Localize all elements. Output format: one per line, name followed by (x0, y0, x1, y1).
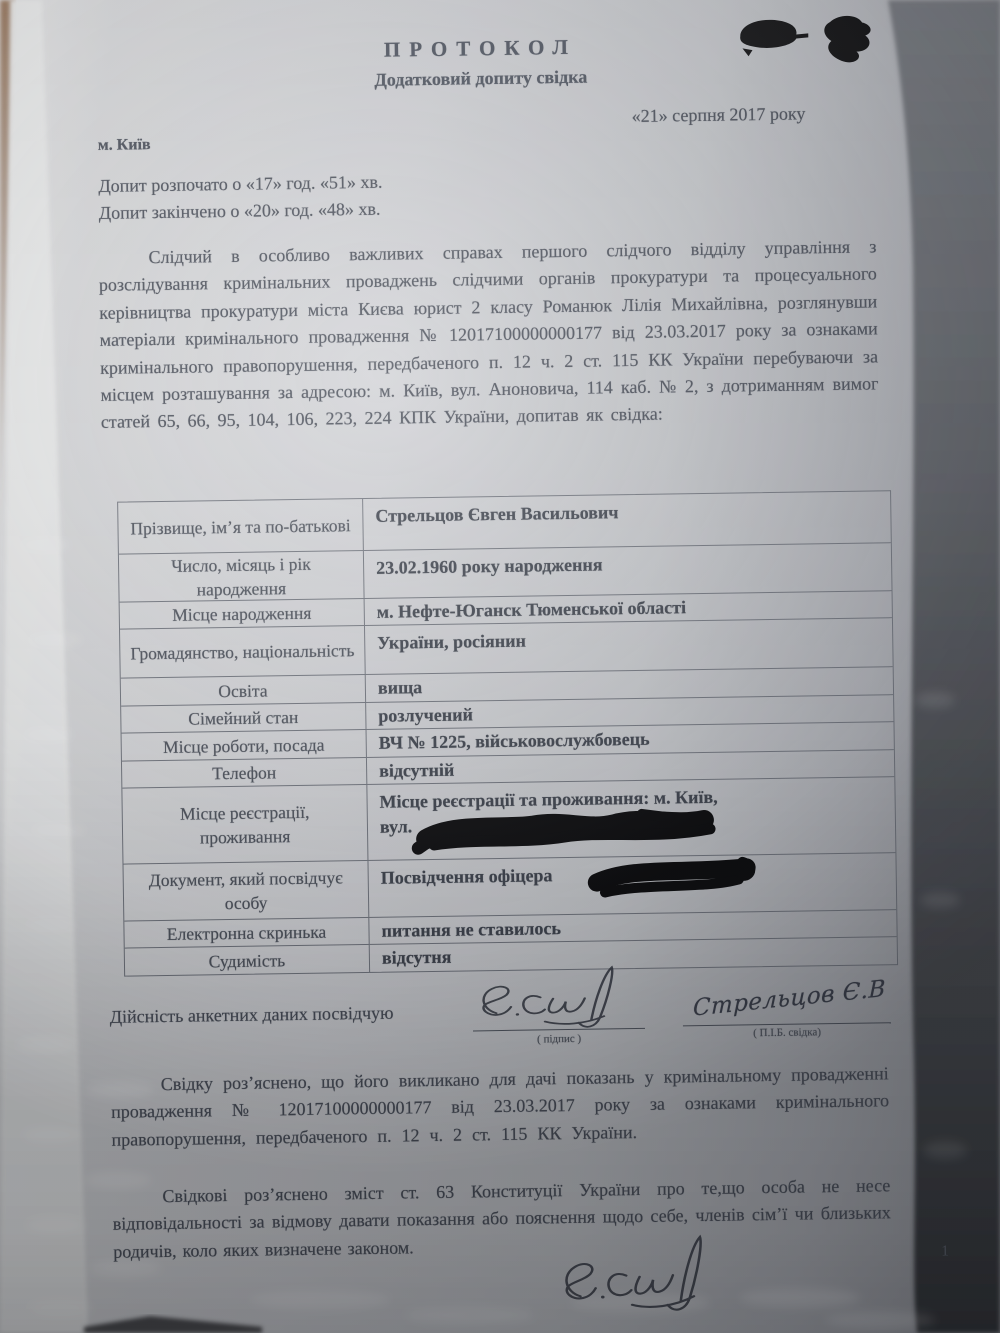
table-row: Документ, який посвідчує особу Посвідчен… (123, 852, 896, 920)
row-value: Місце реєстрації та проживання: м. Київ,… (367, 777, 895, 860)
row-value: України, росіянин (365, 618, 893, 674)
row-label: Місце реєстрації, проживання (122, 785, 368, 864)
row-label: Прізвище, ім’я та по-батькові (118, 499, 364, 554)
investigator-signature (466, 964, 657, 1043)
witness-name-caption: ( П.І.Б. свідка) (683, 1025, 891, 1040)
certification-statement: Дійсність анкетних даних посвідчую (110, 1003, 394, 1028)
witness-name-handwritten: Стрельцов Є.В (693, 976, 886, 1022)
scanned-protocol-photo: ПРОТОКОЛ Додатковий допиту свідка «21» с… (0, 0, 1000, 1333)
row-label: Електронна скринька (124, 918, 369, 948)
intro-paragraph: Слідчий в особливо важливих справах перш… (98, 233, 879, 436)
row-value: Посвідчення офіцера (368, 853, 896, 917)
row-label: Місце народження (120, 599, 365, 629)
address-line-1: Місце реєстрації та проживання: м. Київ, (379, 787, 717, 812)
interrogation-end-line: Допит закінчено о «20» год. «48» хв. (99, 199, 381, 224)
notice-paragraph-1: Свідку роз’яснено, що його викликано для… (111, 1060, 890, 1154)
witness-data-table: Прізвище, ім’я та по-батькові Стрельцов … (117, 490, 898, 976)
address-line-2: вул. (380, 816, 413, 836)
row-value: Стрельцов Євген Васильович (363, 491, 891, 550)
row-label: Сімейний стан (121, 703, 366, 733)
table-row: Місце реєстрації, проживання Місце реєст… (122, 776, 895, 863)
row-label: Документ, який посвідчує особу (124, 861, 370, 921)
row-label: Освіта (121, 675, 366, 706)
row-value: 23.02.1960 року народження (364, 543, 892, 598)
row-label: Судимість (125, 945, 370, 976)
document-date: «21» серпня 2017 року (0, 103, 806, 136)
row-label: Число, місяць і рік народження (119, 551, 365, 602)
row-label: Місце роботи, посада (122, 730, 367, 761)
notice-paragraph-2: Свідкові роз’яснено зміст ст. 63 Констит… (112, 1172, 891, 1266)
document-city: м. Київ (98, 136, 151, 155)
page-number: 1 (941, 1243, 949, 1260)
row-label: Телефон (122, 758, 367, 788)
document-content: ПРОТОКОЛ Додатковий допиту свідка «21» с… (0, 0, 1000, 1333)
document-subtitle: Додатковий допиту свідка (0, 61, 971, 97)
interrogation-start-line: Допит розпочато о «17» год. «51» хв. (98, 172, 382, 197)
row-label: Громадянство, національність (120, 626, 366, 678)
